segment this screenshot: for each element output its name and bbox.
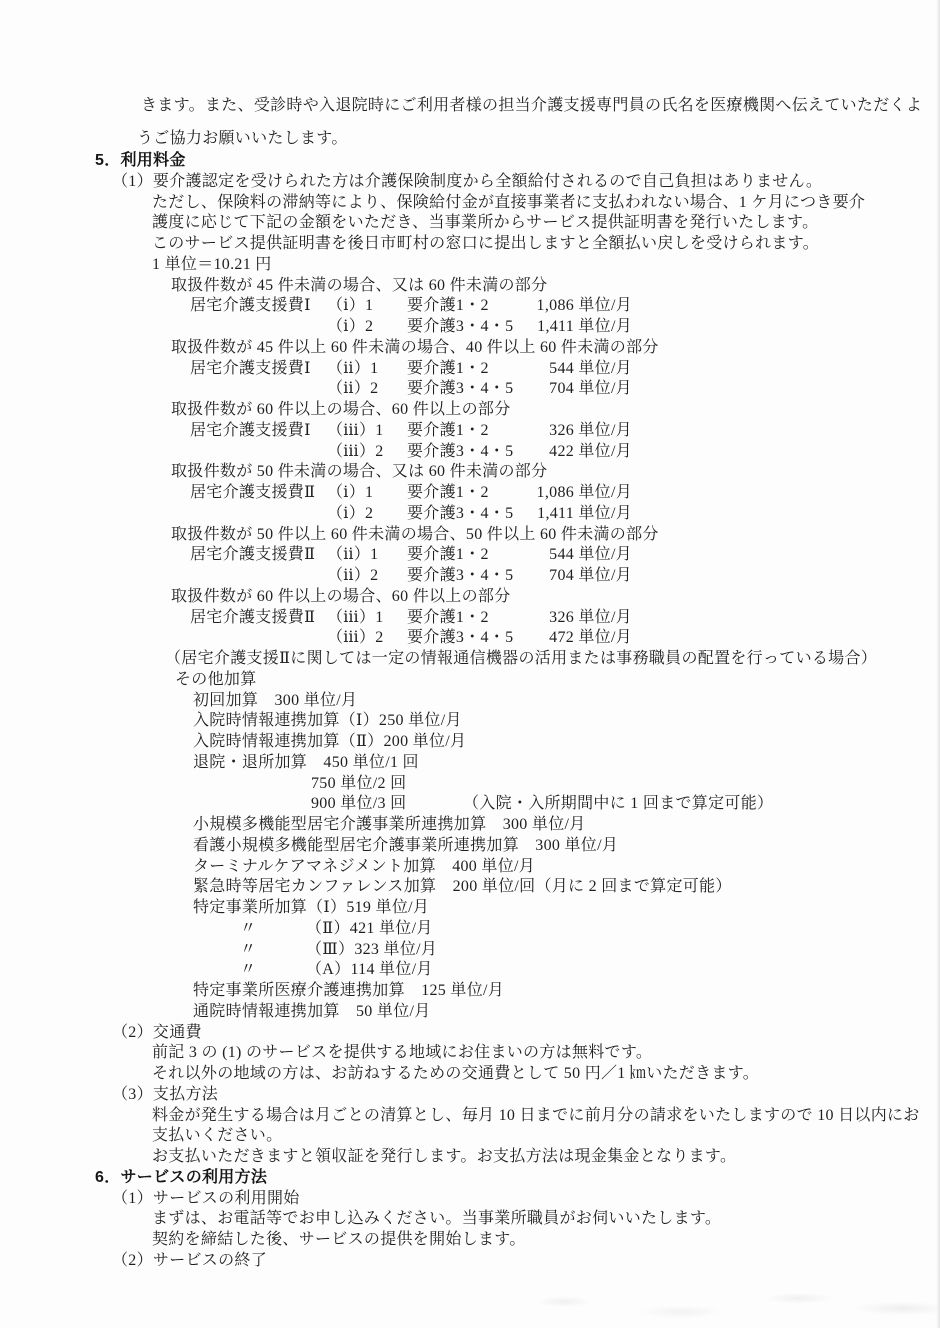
fee-row: 居宅介護支援費Ⅱ（ⅲ）1要介護1・2326 単位/月 — [0, 608, 632, 629]
fee-amount: 1,086 単位/月 — [537, 483, 632, 504]
case-condition-line: 取扱件数が 45 件以上 60 件未満の場合、40 件以上 60 件未満の部分 — [0, 338, 940, 359]
case-condition-line: 取扱件数が 60 件以上の場合、60 件以上の部分 — [0, 400, 940, 421]
case-condition-line: 取扱件数が 45 件未満の場合、又は 60 件未満の部分 — [0, 276, 940, 297]
addition-ditto-line: 〃（A）114 単位/月 — [0, 960, 940, 981]
fee-item-no: （ⅲ）2 — [327, 628, 407, 649]
section-heading: 5．利用料金 — [0, 151, 940, 172]
addition-line: 入院時情報連携加算（Ⅱ）200 単位/月 — [0, 732, 940, 753]
numbered-item-line: （1）要介護認定を受けられた方は介護保険制度から全額給付されるので自己負担はあり… — [0, 172, 940, 193]
body-line: まずは、お電話等でお申し込みください。当事業所職員がお伺いいたします。 — [0, 1209, 940, 1230]
addition-ditto-value: （Ⅲ）323 単位/月 — [306, 940, 437, 961]
scan-smudge-artifact — [470, 1288, 940, 1322]
fee-row: 居宅介護支援費Ⅰ（ⅲ）1要介護1・2326 単位/月 — [0, 421, 632, 442]
body-line: このサービス提供証明書を後日市町村の窓口に提出しますと全額払い戻しを受けられます… — [0, 234, 940, 255]
fee-item-no: （ⅲ）2 — [327, 442, 407, 463]
fee-row: 居宅介護支援費Ⅱ（ⅰ）1要介護1・21,086 単位/月 — [0, 483, 632, 504]
addition-line: 緊急時等居宅カンファレンス加算 200 単位/回（月に 2 回まで算定可能） — [0, 877, 940, 898]
addition-line: 小規模多機能型居宅介護事業所連携加算 300 単位/月 — [0, 815, 940, 836]
body-line: 契約を締結した後、サービスの提供を開始します。 — [0, 1230, 940, 1251]
fee-row: （ⅱ）2要介護3・4・5704 単位/月 — [0, 379, 632, 400]
addition-sub-value: 750 単位/2 回 — [311, 774, 463, 795]
numbered-item-line: （1）サービスの利用開始 — [0, 1189, 940, 1210]
fee-care-grade: 要介護1・2 — [407, 421, 549, 442]
fee-label: 居宅介護支援費Ⅱ — [190, 545, 327, 566]
fee-label: 居宅介護支援費Ⅰ — [190, 421, 327, 442]
fee-amount: 326 単位/月 — [549, 421, 632, 442]
fee-row: （ⅰ）2要介護3・4・51,411 単位/月 — [0, 317, 632, 338]
addition-ditto-line: 〃（Ⅲ）323 単位/月 — [0, 940, 940, 961]
fee-label: 居宅介護支援費Ⅰ — [190, 296, 327, 317]
fee-amount: 544 単位/月 — [549, 359, 632, 380]
intro-line: きます。また、受診時や入退院時にご利用者様の担当介護支援専門員の氏名を医療機関へ… — [0, 89, 940, 122]
fee-label: 居宅介護支援費Ⅰ — [190, 359, 327, 380]
fee-amount: 1,411 単位/月 — [537, 504, 632, 525]
addition-sub-line: 750 単位/2 回 — [0, 774, 940, 795]
fee-item-no: （ⅰ）2 — [327, 317, 407, 338]
fee-amount: 704 単位/月 — [549, 566, 632, 587]
fee-row: （ⅲ）2要介護3・4・5472 単位/月 — [0, 628, 632, 649]
fee-amount: 472 単位/月 — [549, 628, 632, 649]
case-condition-line: 取扱件数が 50 件未満の場合、又は 60 件未満の部分 — [0, 462, 940, 483]
fee-label: 居宅介護支援費Ⅱ — [190, 483, 327, 504]
fee-care-grade: 要介護3・4・5 — [407, 504, 537, 525]
fee-row: （ⅲ）2要介護3・4・5422 単位/月 — [0, 442, 632, 463]
addition-ditto-value: （A）114 単位/月 — [306, 960, 433, 981]
fee-care-grade: 要介護1・2 — [407, 296, 537, 317]
case-condition-line: 取扱件数が 50 件以上 60 件未満の場合、50 件以上 60 件未満の部分 — [0, 525, 940, 546]
fee-care-grade: 要介護3・4・5 — [407, 442, 549, 463]
fee-amount: 326 単位/月 — [549, 608, 632, 629]
ditto-mark: 〃 — [193, 940, 306, 961]
document-body: 5．利用料金（1）要介護認定を受けられた方は介護保険制度から全額給付されるので自… — [0, 151, 940, 1272]
fee-item-no: （ⅲ）1 — [327, 421, 407, 442]
body-line: 支払いください。 — [0, 1126, 940, 1147]
fee-item-no: （ⅱ）2 — [327, 379, 407, 400]
fee-label — [190, 566, 327, 587]
fee-care-grade: 要介護1・2 — [407, 545, 549, 566]
fee-item-no: （ⅰ）1 — [327, 483, 407, 504]
case-condition-line: 取扱件数が 60 件以上の場合、60 件以上の部分 — [0, 587, 940, 608]
body-line: それ以外の地域の方は、お訪ねするための交通費として 50 円／1 ㎞いただきます… — [0, 1064, 940, 1085]
parenthetical-note-line: （居宅介護支援Ⅱに関しては一定の情報通信機器の活用または事務職員の配置を行ってい… — [0, 649, 940, 670]
addition-sub-note: （入院・入所期間中に 1 回まで算定可能） — [463, 794, 773, 815]
scanned-document-page: きます。また、受診時や入退院時にご利用者様の担当介護支援専門員の氏名を医療機関へ… — [0, 0, 940, 1328]
fee-amount: 422 単位/月 — [549, 442, 632, 463]
fee-care-grade: 要介護3・4・5 — [407, 566, 549, 587]
scan-edge-artifact — [936, 0, 940, 1328]
addition-sub-line: 900 単位/3 回（入院・入所期間中に 1 回まで算定可能） — [0, 794, 940, 815]
addition-line: 看護小規模多機能型居宅介護事業所連携加算 300 単位/月 — [0, 836, 940, 857]
fee-label: 居宅介護支援費Ⅱ — [190, 608, 327, 629]
fee-label — [190, 628, 327, 649]
body-line: 前記 3 の (1) のサービスを提供する地域にお住まいの方は無料です。 — [0, 1043, 940, 1064]
fee-care-grade: 要介護1・2 — [407, 608, 549, 629]
fee-care-grade: 要介護1・2 — [407, 483, 537, 504]
numbered-item-line: （2）サービスの終了 — [0, 1251, 940, 1272]
body-line: ただし、保険料の滞納等により、保険給付金が直接事業者に支払われない場合、1 ケ月… — [0, 193, 940, 214]
additions-heading-line: その他加算 — [0, 670, 940, 691]
fee-care-grade: 要介護3・4・5 — [407, 317, 537, 338]
fee-row: 居宅介護支援費Ⅰ（ⅱ）1要介護1・2544 単位/月 — [0, 359, 632, 380]
numbered-item-line: （3）支払方法 — [0, 1085, 940, 1106]
fee-amount: 1,411 単位/月 — [537, 317, 632, 338]
ditto-mark: 〃 — [193, 919, 306, 940]
numbered-item-line: （2）交通費 — [0, 1023, 940, 1044]
body-line: 1 単位＝10.21 円 — [0, 255, 940, 276]
fee-item-no: （ⅱ）2 — [327, 566, 407, 587]
fee-label — [190, 504, 327, 525]
fee-row: （ⅰ）2要介護3・4・51,411 単位/月 — [0, 504, 632, 525]
fee-care-grade: 要介護3・4・5 — [407, 628, 549, 649]
fee-care-grade: 要介護1・2 — [407, 359, 549, 380]
fee-item-no: （ⅲ）1 — [327, 608, 407, 629]
addition-line: 入院時情報連携加算（Ⅰ）250 単位/月 — [0, 711, 940, 732]
fee-item-no: （ⅱ）1 — [327, 545, 407, 566]
fee-label — [190, 317, 327, 338]
addition-line: ターミナルケアマネジメント加算 400 単位/月 — [0, 857, 940, 878]
body-line: お支払いただきますと領収証を発行します。お支払方法は現金集金となります。 — [0, 1147, 940, 1168]
fee-item-no: （ⅱ）1 — [327, 359, 407, 380]
body-line: 護度に応じて下記の金額をいただき、当事業所からサービス提供証明書を発行いたします… — [0, 213, 940, 234]
fee-item-no: （ⅰ）2 — [327, 504, 407, 525]
fee-care-grade: 要介護3・4・5 — [407, 379, 549, 400]
section-heading: 6．サービスの利用方法 — [0, 1168, 940, 1189]
addition-sub-value: 900 単位/3 回 — [311, 794, 463, 815]
ditto-mark: 〃 — [193, 960, 306, 981]
addition-line: 退院・退所加算 450 単位/1 回 — [0, 753, 940, 774]
fee-row: （ⅱ）2要介護3・4・5704 単位/月 — [0, 566, 632, 587]
addition-line: 初回加算 300 単位/月 — [0, 691, 940, 712]
fee-amount: 1,086 単位/月 — [537, 296, 632, 317]
intro-paragraph: きます。また、受診時や入退院時にご利用者様の担当介護支援専門員の氏名を医療機関へ… — [0, 89, 940, 155]
fee-amount: 704 単位/月 — [549, 379, 632, 400]
fee-row: 居宅介護支援費Ⅱ（ⅱ）1要介護1・2544 単位/月 — [0, 545, 632, 566]
addition-line: 特定事業所加算（Ⅰ）519 単位/月 — [0, 898, 940, 919]
addition-ditto-value: （Ⅱ）421 単位/月 — [306, 919, 433, 940]
body-line: 料金が発生する場合は月ごとの清算とし、毎月 10 日までに前月分の請求をいたしま… — [0, 1106, 940, 1127]
fee-item-no: （ⅰ）1 — [327, 296, 407, 317]
addition-ditto-line: 〃（Ⅱ）421 単位/月 — [0, 919, 940, 940]
fee-amount: 544 単位/月 — [549, 545, 632, 566]
addition-line: 特定事業所医療介護連携加算 125 単位/月 — [0, 981, 940, 1002]
fee-label — [190, 379, 327, 400]
addition-line: 通院時情報連携加算 50 単位/月 — [0, 1002, 940, 1023]
fee-label — [190, 442, 327, 463]
fee-row: 居宅介護支援費Ⅰ（ⅰ）1要介護1・21,086 単位/月 — [0, 296, 632, 317]
